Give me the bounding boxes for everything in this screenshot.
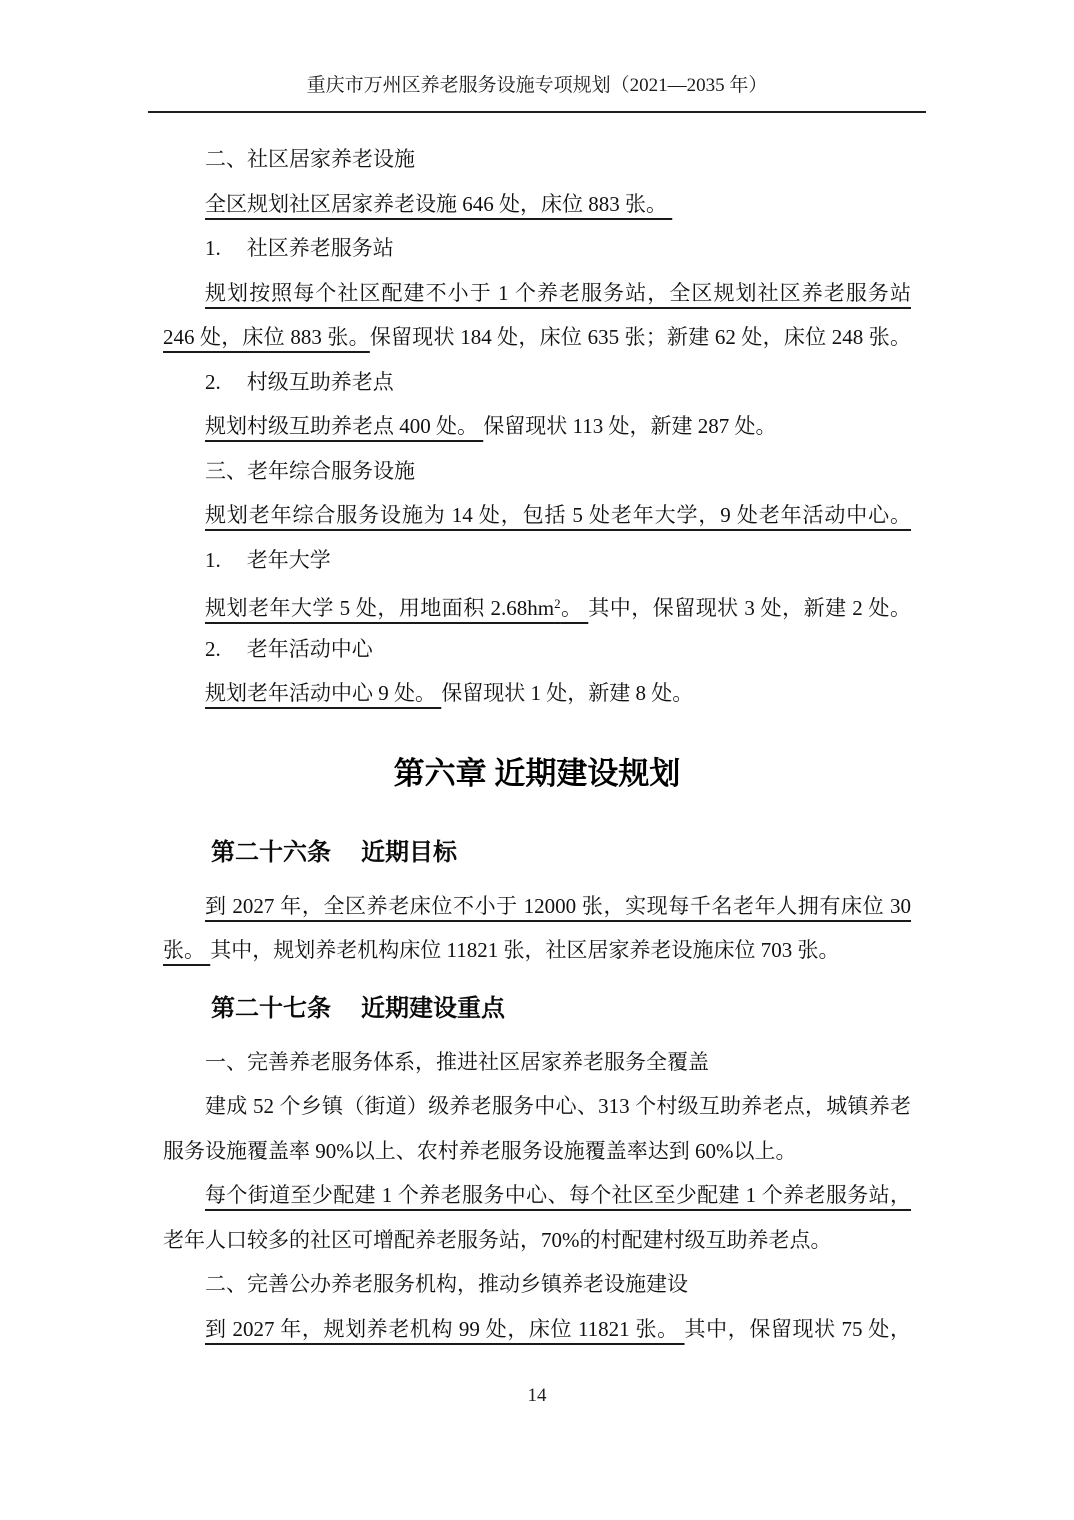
text-run: 其中，保留现状 75 处， <box>685 1317 911 1341</box>
text-run: 2. <box>205 370 221 394</box>
section-number: 第二十六条 <box>211 839 331 866</box>
text-run: 规划按照每个社区配建不小于 1 个养老服务站，全区规划社区养老服务站 <box>205 281 911 305</box>
text-run: 服务设施覆盖率 90%以上、农村养老服务设施覆盖率达到 60%以上。 <box>163 1139 796 1163</box>
text-run: 保留现状 113 处，新建 287 处。 <box>483 414 776 438</box>
underlined-text: 规划按照每个社区配建不小于 1 个养老服务站，全区规划社区养老服务站 <box>205 281 911 305</box>
underlined-text: 规划老年大学 5 处，用地面积 2.68hm2。 <box>205 596 588 620</box>
doc-line: 246 处，床位 883 张。保留现状 184 处，床位 635 张；新建 62… <box>163 315 911 360</box>
text-run: 老年活动中心 <box>221 637 373 661</box>
doc-line: 2.村级互助养老点 <box>163 360 911 405</box>
text-run: 社区养老服务站 <box>221 236 394 260</box>
header-title: 重庆市万州区养老服务设施专项规划（2021—2035 年） <box>307 75 768 96</box>
page-footer: 14 <box>0 1384 1074 1408</box>
text-run: 其中，规划养老机构床位 11821 张，社区居家养老设施床位 703 张。 <box>210 938 839 962</box>
text-run: 全区规划社区居家养老设施 646 处，床位 883 张。 <box>205 192 672 216</box>
underlined-text: 规划村级互助养老点 400 处。 <box>205 414 483 438</box>
doc-line: 一、完善养老服务体系，推进社区居家养老服务全覆盖 <box>163 1040 911 1085</box>
underlined-text: 到 2027 年，全区养老床位不小于 12000 张，实现每千名老年人拥有床位 … <box>205 894 911 918</box>
text-run: 1. <box>205 236 221 260</box>
doc-line: 到 2027 年，全区养老床位不小于 12000 张，实现每千名老年人拥有床位 … <box>163 884 911 929</box>
doc-line: 1.社区养老服务站 <box>163 226 911 271</box>
doc-line: 二、社区居家养老设施 <box>163 137 911 182</box>
section-heading: 第二十六条近期目标 <box>163 836 911 870</box>
underlined-text: 张。 <box>163 938 210 962</box>
text-run: 老年大学 <box>221 548 331 572</box>
doc-line: 全区规划社区居家养老设施 646 处，床位 883 张。 <box>163 182 911 227</box>
underlined-text: 246 处，床位 883 张。 <box>163 325 370 349</box>
section-number: 第二十七条 <box>211 995 331 1022</box>
text-run: 老年人口较多的社区可增配养老服务站，70%的村配建村级互助养老点。 <box>163 1228 832 1252</box>
doc-line: 二、完善公办养老服务机构，推动乡镇养老设施建设 <box>163 1262 911 1307</box>
text-run: 建成 52 个乡镇（街道）级养老服务中心、313 个村级互助养老点，城镇养老 <box>205 1094 911 1118</box>
text-run: 二、完善公办养老服务机构，推动乡镇养老设施建设 <box>205 1272 688 1296</box>
doc-line: 张。 其中，规划养老机构床位 11821 张，社区居家养老设施床位 703 张。 <box>163 928 911 973</box>
document-body: 二、社区居家养老设施全区规划社区居家养老设施 646 处，床位 883 张。 1… <box>163 113 911 1351</box>
doc-line: 规划村级互助养老点 400 处。 保留现状 113 处，新建 287 处。 <box>163 404 911 449</box>
underlined-text: 每个街道至少配建 1 个养老服务中心、每个社区至少配建 1 个养老服务站， <box>205 1183 911 1207</box>
page-number: 14 <box>528 1385 547 1406</box>
doc-line: 到 2027 年，规划养老机构 99 处，床位 11821 张。 其中，保留现状… <box>163 1307 911 1352</box>
underlined-text: 到 2027 年，规划养老机构 99 处，床位 11821 张。 <box>205 1317 685 1341</box>
chapter-heading: 第六章 近期建设规划 <box>163 750 911 798</box>
doc-line: 建成 52 个乡镇（街道）级养老服务中心、313 个村级互助养老点，城镇养老 <box>163 1084 911 1129</box>
text-run: 到 2027 年，规划养老机构 99 处，床位 11821 张。 <box>205 1317 685 1341</box>
doc-line: 1.老年大学 <box>163 538 911 583</box>
text-run: 张。 <box>163 938 210 962</box>
text-run: 每个街道至少配建 1 个养老服务中心、每个社区至少配建 1 个养老服务站， <box>205 1183 911 1207</box>
text-run: 到 2027 年，全区养老床位不小于 12000 张，实现每千名老年人拥有床位 … <box>205 894 911 918</box>
doc-line: 规划老年综合服务设施为 14 处，包括 5 处老年大学，9 处老年活动中心。 <box>163 493 911 538</box>
text-run: 246 处，床位 883 张。 <box>163 325 370 349</box>
doc-line: 老年人口较多的社区可增配养老服务站，70%的村配建村级互助养老点。 <box>163 1218 911 1263</box>
section-title: 近期目标 <box>361 839 457 866</box>
text-run: 规划老年综合服务设施为 14 处，包括 5 处老年大学，9 处老年活动中心。 <box>205 503 911 527</box>
text-run: 1. <box>205 548 221 572</box>
doc-line: 2.老年活动中心 <box>163 627 911 672</box>
doc-line: 规划老年大学 5 处，用地面积 2.68hm2。 其中，保留现状 3 处，新建 … <box>163 582 911 627</box>
doc-line: 规划按照每个社区配建不小于 1 个养老服务站，全区规划社区养老服务站 <box>163 271 911 316</box>
doc-line: 每个街道至少配建 1 个养老服务中心、每个社区至少配建 1 个养老服务站， <box>163 1173 911 1218</box>
section-title: 近期建设重点 <box>361 995 505 1022</box>
document-page: 重庆市万州区养老服务设施专项规划（2021—2035 年） 二、社区居家养老设施… <box>0 0 1074 1520</box>
underlined-text: 规划老年活动中心 9 处。 <box>205 681 441 705</box>
text-run: 三、老年综合服务设施 <box>205 459 415 483</box>
underlined-text: 规划老年综合服务设施为 14 处，包括 5 处老年大学，9 处老年活动中心。 <box>205 503 911 527</box>
text-run: 2. <box>205 637 221 661</box>
doc-line: 规划老年活动中心 9 处。 保留现状 1 处，新建 8 处。 <box>163 671 911 716</box>
text-run: 规划老年活动中心 9 处。 <box>205 681 441 705</box>
section-heading: 第二十七条近期建设重点 <box>163 992 911 1026</box>
doc-line: 三、老年综合服务设施 <box>163 449 911 494</box>
text-run: 村级互助养老点 <box>221 370 394 394</box>
text-run: 一、完善养老服务体系，推进社区居家养老服务全覆盖 <box>205 1050 709 1074</box>
text-run: 保留现状 184 处，床位 635 张；新建 62 处，床位 248 张。 <box>370 325 911 349</box>
text-run: 其中，保留现状 3 处，新建 2 处。 <box>588 596 911 620</box>
underlined-text: 全区规划社区居家养老设施 646 处，床位 883 张。 <box>205 192 672 216</box>
text-run: 。 <box>561 596 589 620</box>
page-header: 重庆市万州区养老服务设施专项规划（2021—2035 年） <box>0 0 1074 98</box>
text-run: 规划老年大学 5 处，用地面积 2.68hm <box>205 596 554 620</box>
text-run: 保留现状 1 处，新建 8 处。 <box>441 681 693 705</box>
doc-line: 服务设施覆盖率 90%以上、农村养老服务设施覆盖率达到 60%以上。 <box>163 1129 911 1174</box>
text-run: 二、社区居家养老设施 <box>205 147 415 171</box>
text-run: 规划村级互助养老点 400 处。 <box>205 414 483 438</box>
